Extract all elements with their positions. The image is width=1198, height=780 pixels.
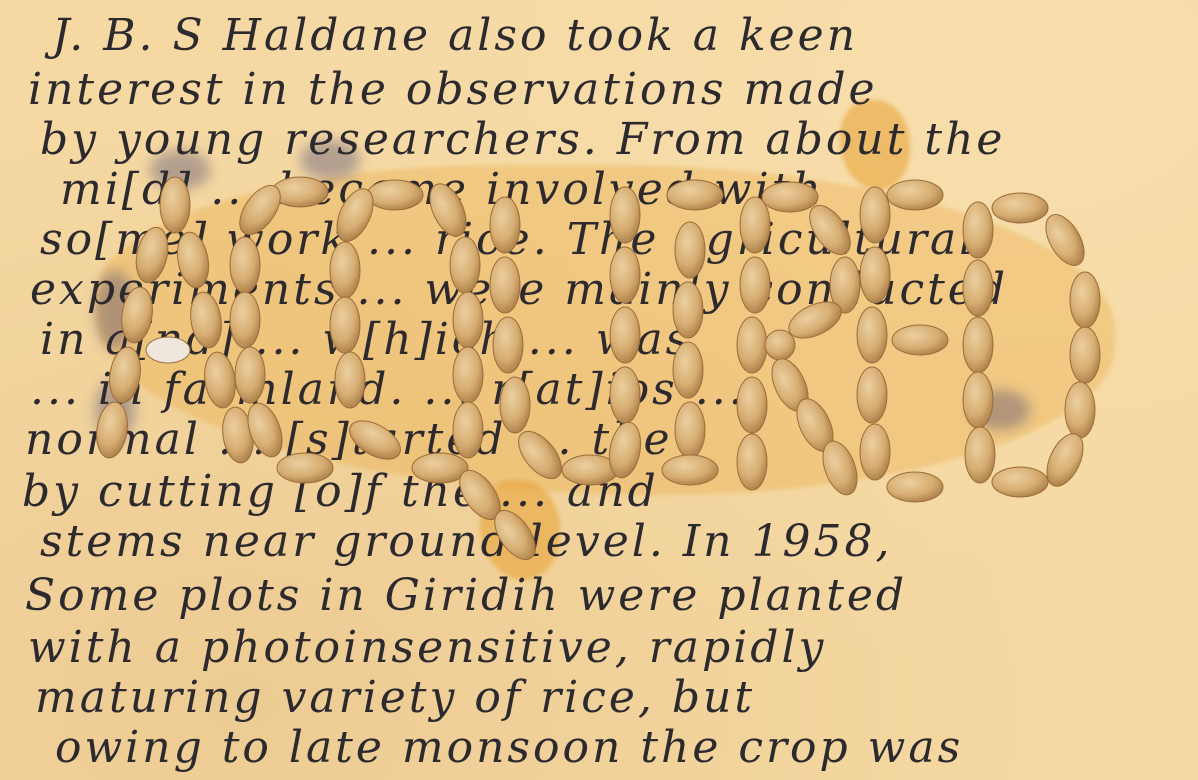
- note-line: so[me] work ... rice. The agricultural: [40, 218, 976, 262]
- note-line: by cutting [o]f the ... and: [22, 470, 659, 514]
- note-line: normal ... [s]tarted ... the: [25, 418, 673, 462]
- note-line: ... in farmland. ... r[at]ios ...: [30, 368, 746, 412]
- note-line: experiments ... were mainly conducted: [30, 268, 1008, 312]
- note-line: mi[d] ... became involved with: [60, 168, 824, 212]
- note-line: with a photoinsensitive, rapidly: [28, 626, 826, 670]
- note-line: by young researchers. From about the: [40, 118, 1005, 162]
- note-line: maturing variety of rice, but: [35, 676, 755, 720]
- note-line: in a[nd] ... w[h]ich ... was: [40, 318, 691, 362]
- note-line: stems near ground level. In 1958,: [40, 520, 892, 564]
- note-line: owing to late monsoon the crop was: [55, 726, 963, 770]
- ink-bleed: [970, 390, 1030, 430]
- note-line: interest in the observations made: [28, 68, 878, 112]
- note-line: Some plots in Giridih were planted: [25, 574, 907, 618]
- note-line: J. B. S Haldane also took a keen: [52, 14, 858, 58]
